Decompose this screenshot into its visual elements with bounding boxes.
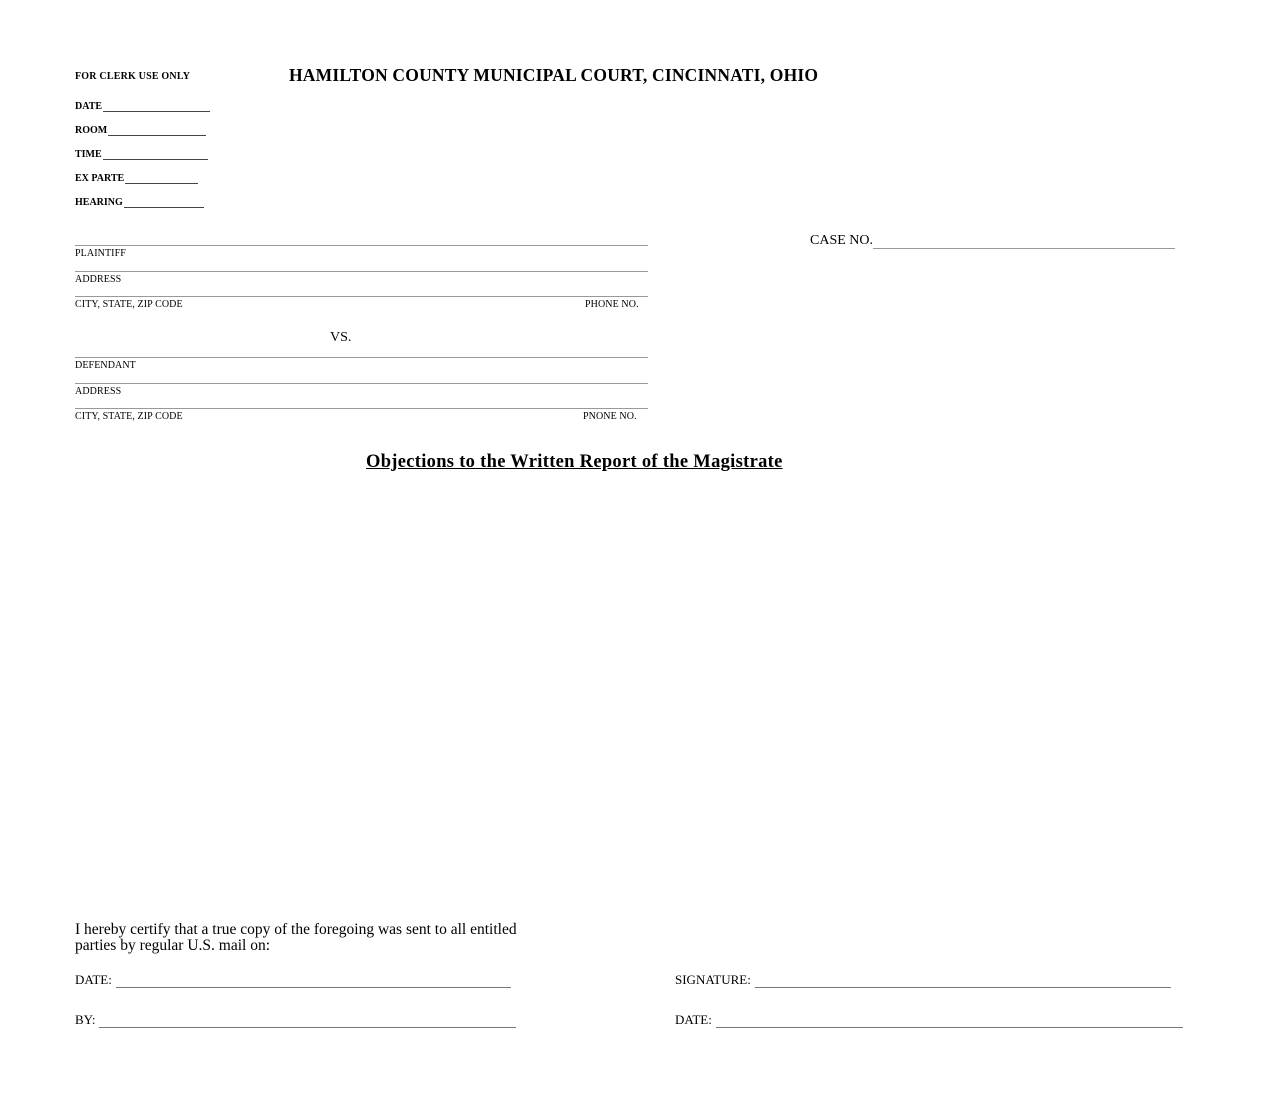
objections-body[interactable] [75, 490, 1195, 910]
signature-label: SIGNATURE: [675, 972, 751, 988]
plaintiff-label: PLAINTIFF [75, 248, 126, 259]
defendant-phone-label: PNONE NO. [583, 411, 637, 422]
case-number-line[interactable] [873, 236, 1175, 249]
certification-by-label: BY: [75, 1012, 95, 1028]
defendant-city-label: CITY, STATE, ZIP CODE [75, 411, 183, 422]
clerk-room-line[interactable] [108, 126, 206, 136]
clerk-date-line[interactable] [103, 102, 210, 112]
case-number-label: CASE NO. [810, 233, 873, 249]
signature-date-line[interactable] [716, 1015, 1183, 1028]
plaintiff-city-line[interactable] [75, 296, 648, 297]
certification-text: I hereby certify that a true copy of the… [75, 922, 535, 954]
certification-by-field[interactable]: BY: [75, 1012, 516, 1028]
plaintiff-phone-label: PHONE NO. [585, 299, 639, 310]
signature-line[interactable] [755, 975, 1171, 988]
plaintiff-address-label: ADDRESS [75, 274, 121, 285]
clerk-date-field[interactable]: DATE [75, 101, 210, 112]
clerk-time-field[interactable]: TIME [75, 149, 208, 160]
clerk-use-heading: FOR CLERK USE ONLY [75, 71, 190, 82]
case-number-field[interactable]: CASE NO. [810, 233, 1175, 249]
certification-date-label: DATE: [75, 972, 112, 988]
certification-date-field[interactable]: DATE: [75, 972, 511, 988]
clerk-ex-parte-line[interactable] [125, 174, 198, 184]
clerk-ex-parte-field[interactable]: EX PARTE [75, 173, 198, 184]
defendant-name-line[interactable] [75, 357, 648, 358]
certification-by-line[interactable] [99, 1015, 516, 1028]
signature-date-field[interactable]: DATE: [675, 1012, 1183, 1028]
clerk-hearing-line[interactable] [124, 198, 204, 208]
plaintiff-city-label: CITY, STATE, ZIP CODE [75, 299, 183, 310]
clerk-ex-parte-label: EX PARTE [75, 173, 124, 184]
versus-text: VS. [330, 330, 351, 346]
defendant-label: DEFENDANT [75, 360, 136, 371]
clerk-date-label: DATE [75, 101, 102, 112]
clerk-time-line[interactable] [103, 150, 208, 160]
defendant-address-line[interactable] [75, 383, 648, 384]
plaintiff-name-line[interactable] [75, 245, 648, 246]
court-title: HAMILTON COUNTY MUNICIPAL COURT, CINCINN… [289, 65, 979, 86]
plaintiff-address-line[interactable] [75, 271, 648, 272]
signature-field[interactable]: SIGNATURE: [675, 972, 1171, 988]
clerk-hearing-field[interactable]: HEARING [75, 197, 204, 208]
defendant-address-label: ADDRESS [75, 386, 121, 397]
defendant-city-line[interactable] [75, 408, 648, 409]
signature-date-label: DATE: [675, 1012, 712, 1028]
clerk-room-field[interactable]: ROOM [75, 125, 206, 136]
certification-date-line[interactable] [116, 975, 511, 988]
clerk-hearing-label: HEARING [75, 197, 123, 208]
document-title: Objections to the Written Report of the … [366, 452, 783, 473]
clerk-room-label: ROOM [75, 125, 107, 136]
clerk-time-label: TIME [75, 149, 102, 160]
